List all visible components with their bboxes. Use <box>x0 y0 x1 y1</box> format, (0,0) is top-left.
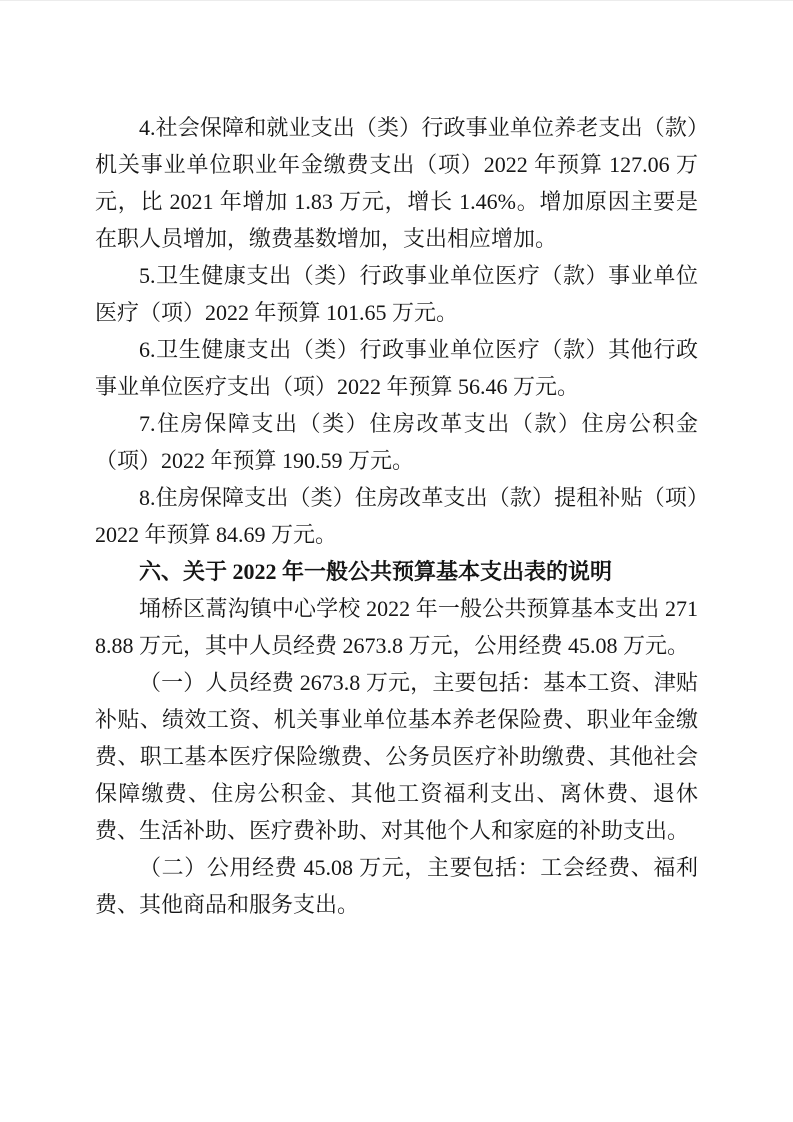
paragraph-health-other-medical: 6.卫生健康支出（类）行政事业单位医疗（款）其他行政事业单位医疗支出（项）202… <box>95 331 698 405</box>
paragraph-public-expenses: （二）公用经费 45.08 万元，主要包括：工会经费、福利费、其他商品和服务支出… <box>95 849 698 923</box>
paragraph-basic-expenditure-total: 埇桥区蒿沟镇中心学校 2022 年一般公共预算基本支出 2718.88 万元，其… <box>95 590 698 664</box>
paragraph-housing-rent-subsidy: 8.住房保障支出（类）住房改革支出（款）提租补贴（项）2022 年预算 84.6… <box>95 479 698 553</box>
section-heading-basic-expenditure: 六、关于 2022 年一般公共预算基本支出表的说明 <box>95 553 698 590</box>
paragraph-social-security-pension: 4.社会保障和就业支出（类）行政事业单位养老支出（款）机关事业单位职业年金缴费支… <box>95 109 698 257</box>
paragraph-health-institution-medical: 5.卫生健康支出（类）行政事业单位医疗（款）事业单位医疗（项）2022 年预算 … <box>95 257 698 331</box>
paragraph-personnel-expenses: （一）人员经费 2673.8 万元，主要包括：基本工资、津贴补贴、绩效工资、机关… <box>95 664 698 849</box>
paragraph-housing-fund: 7.住房保障支出（类）住房改革支出（款）住房公积金（项）2022 年预算 190… <box>95 405 698 479</box>
document-page: 4.社会保障和就业支出（类）行政事业单位养老支出（款）机关事业单位职业年金缴费支… <box>0 0 793 1122</box>
